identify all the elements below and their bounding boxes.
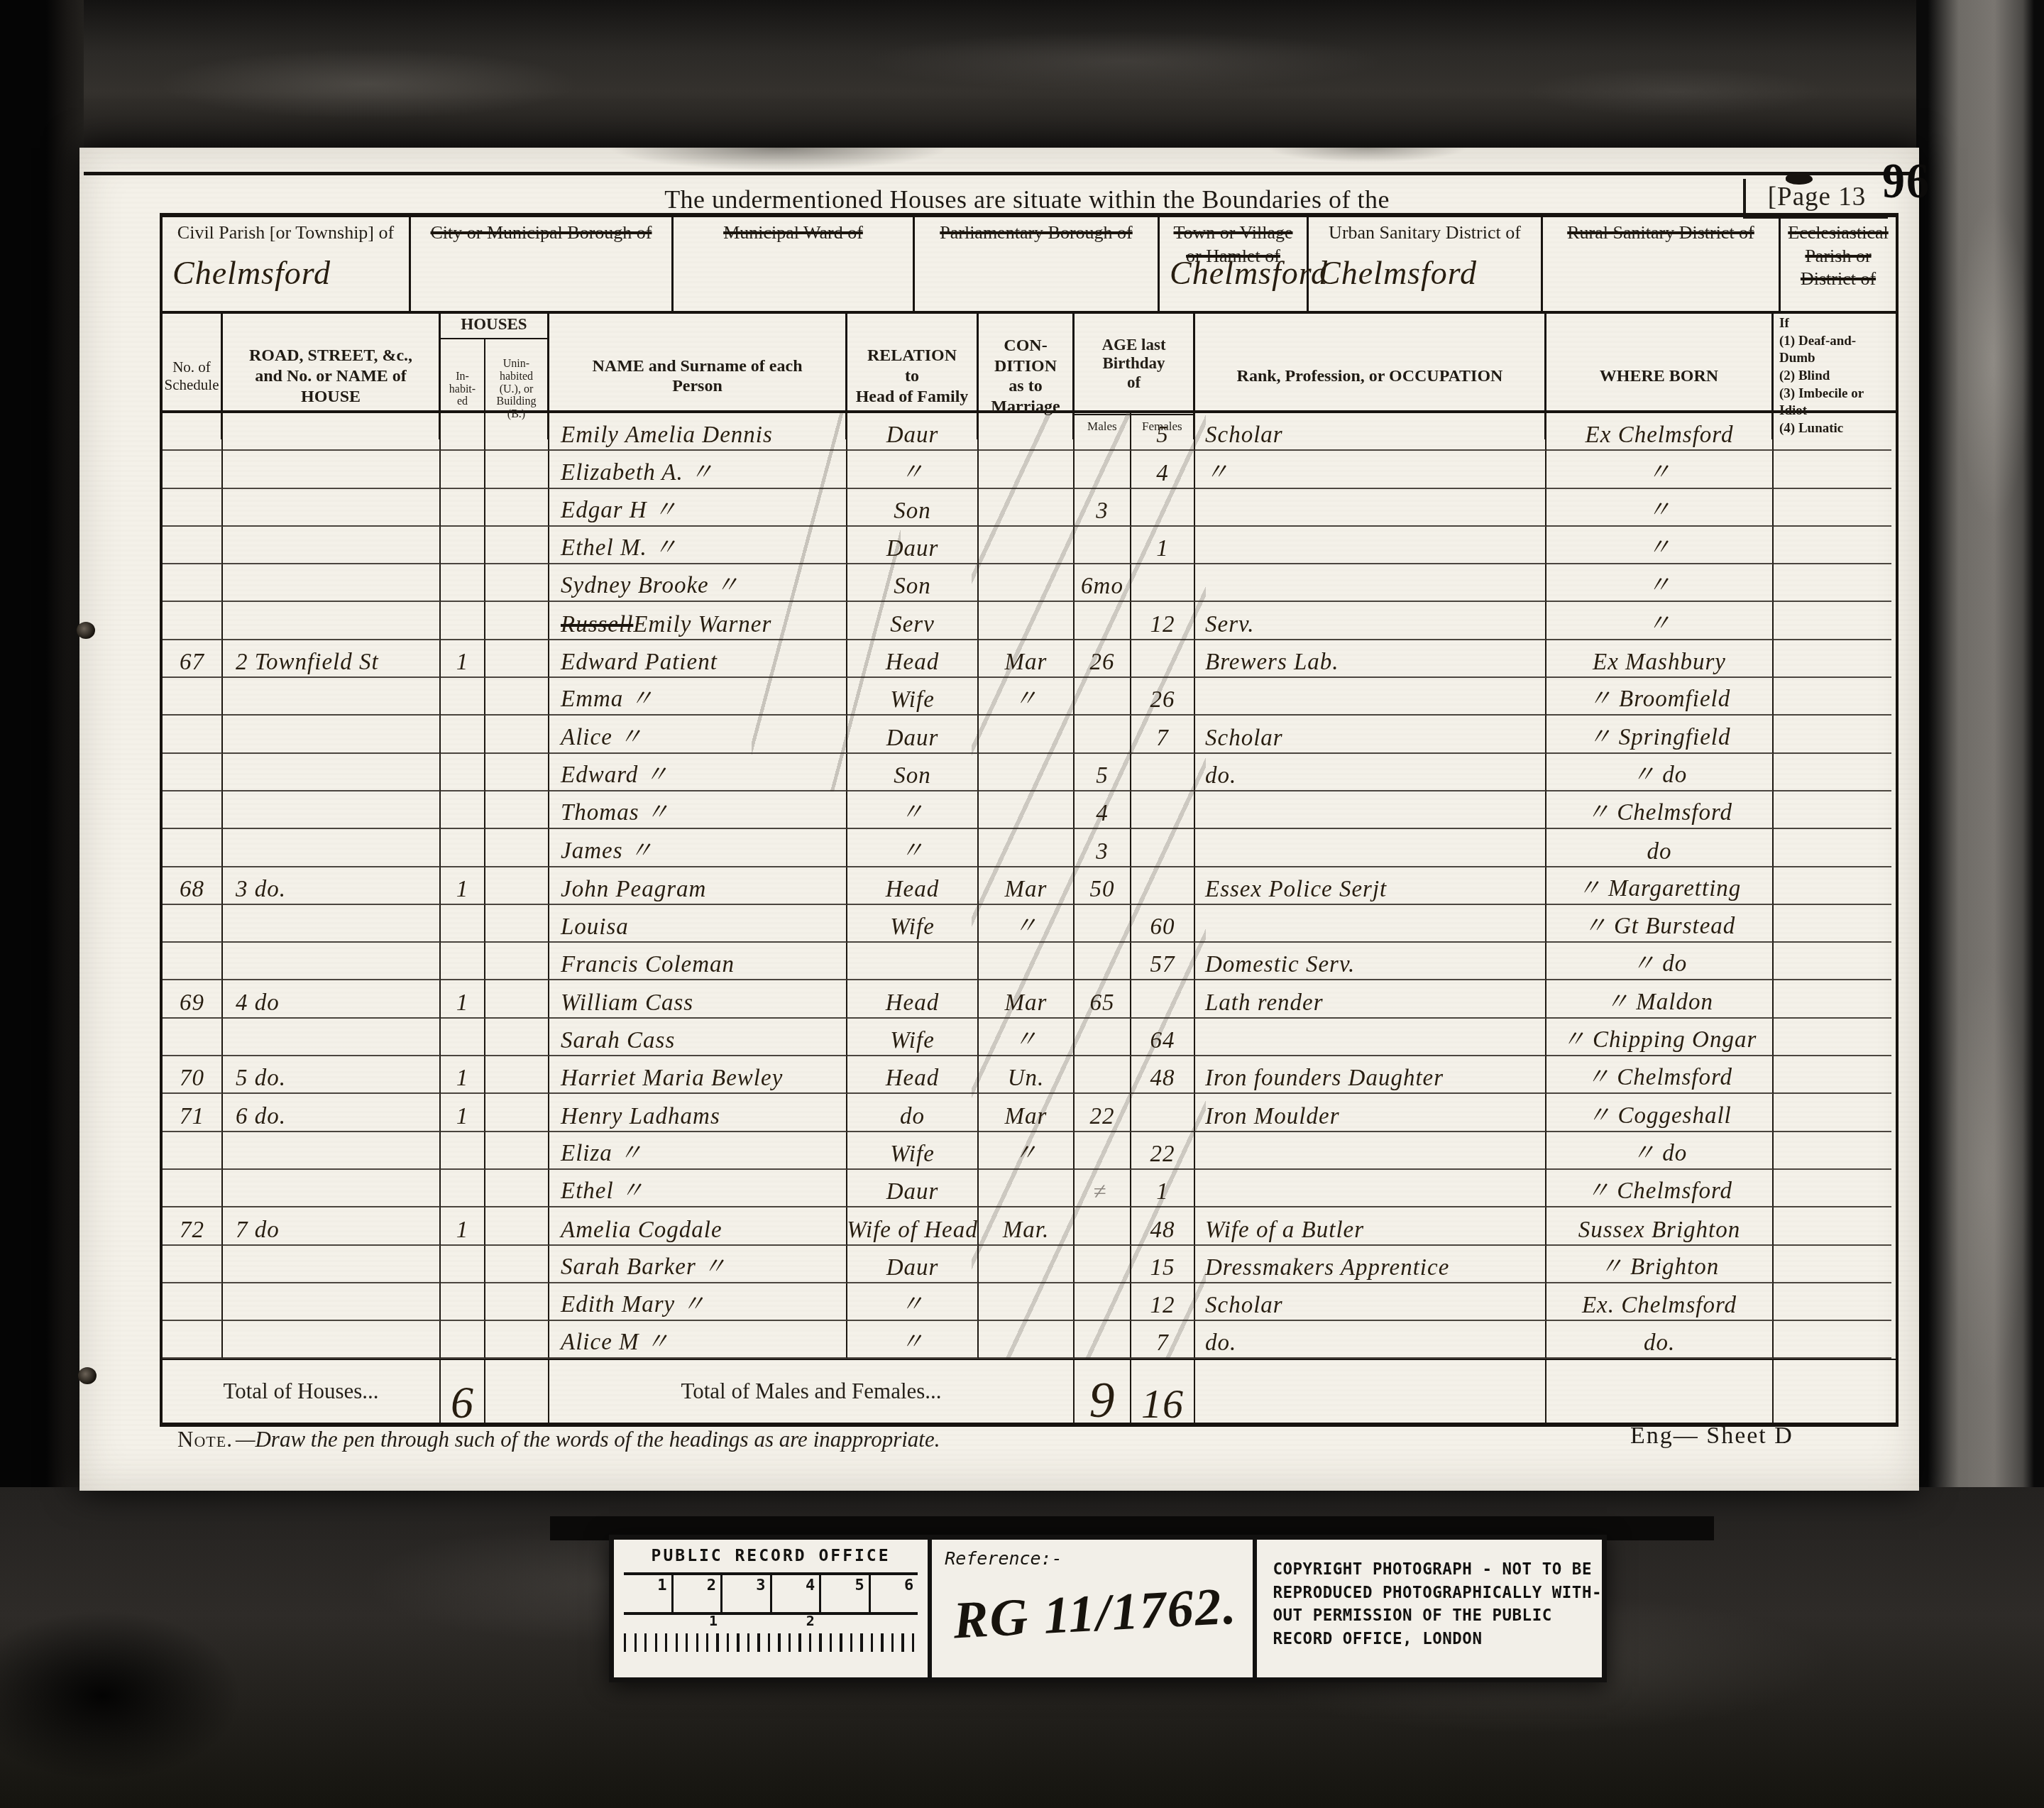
cell-inhabited: 1 xyxy=(441,867,485,905)
cell-where-born: 〃 xyxy=(1546,564,1774,602)
cell-condition xyxy=(979,413,1075,451)
cell-inhabited xyxy=(441,905,485,943)
table-row: Edgar H 〃Son3〃 xyxy=(163,489,1896,527)
cell-condition: Mar xyxy=(979,640,1075,678)
cell-age-female xyxy=(1131,754,1195,791)
cell-condition xyxy=(979,564,1075,602)
cell-age-female xyxy=(1131,980,1195,1018)
cell-uninhabited xyxy=(485,1019,549,1056)
cell-inhabited xyxy=(441,1321,485,1359)
cell-relation: 〃 xyxy=(847,451,979,488)
cell-occupation: Wife of a Butler xyxy=(1195,1207,1546,1245)
photo-dark-border-top xyxy=(0,0,2044,157)
cell-where-born: 〃 Broomfield xyxy=(1546,678,1774,716)
footnote: Note.—Draw the pen through such of the w… xyxy=(177,1427,940,1452)
cell-inhabited xyxy=(441,527,485,564)
cell-relation: Head xyxy=(847,867,979,905)
cell-inhabited: 1 xyxy=(441,1056,485,1094)
district-cell: Parliamentary Borough of xyxy=(915,217,1160,311)
cell-name: Russell Emily Warner xyxy=(549,602,847,640)
pro-office-label: PUBLIC RECORD OFFICE xyxy=(624,1547,918,1565)
cell-where-born: 〃 Chelmsford xyxy=(1546,1056,1774,1094)
cell-age-female: 1 xyxy=(1131,1170,1195,1207)
cell-inhabited: 1 xyxy=(441,980,485,1018)
cell-road xyxy=(223,489,441,527)
cell-condition xyxy=(979,943,1075,980)
cell-age-female xyxy=(1131,829,1195,867)
cell-condition: 〃 xyxy=(979,1132,1075,1170)
table-row: Eliza 〃Wife〃22〃 do xyxy=(163,1132,1896,1170)
cell-occupation: Scholar xyxy=(1195,1283,1546,1321)
cell-where-born: 〃 Maldon xyxy=(1546,980,1774,1018)
cell-occupation xyxy=(1195,489,1546,527)
cell-infirmities xyxy=(1774,1207,1891,1245)
cell-schedule xyxy=(163,602,223,640)
cell-infirmities xyxy=(1774,716,1891,753)
cell-road: 2 Townfield St xyxy=(223,640,441,678)
cell-infirmities xyxy=(1774,1321,1891,1359)
cell-name: Elizabeth A. 〃 xyxy=(549,451,847,488)
district-cell-label: Parliamentary Borough of xyxy=(921,221,1152,245)
cell-inhabited xyxy=(441,754,485,791)
cell-where-born: Sussex Brighton xyxy=(1546,1207,1774,1245)
cell-infirmities xyxy=(1774,980,1891,1018)
cell-name: Edward 〃 xyxy=(549,754,847,791)
ruler-inch-number: 4 xyxy=(772,1575,822,1612)
cell-relation xyxy=(847,943,979,980)
cell-uninhabited xyxy=(485,489,549,527)
cell-age-female xyxy=(1131,640,1195,678)
cell-relation: Head xyxy=(847,980,979,1018)
cell-infirmities xyxy=(1774,1170,1891,1207)
table-row: Francis Coleman57Domestic Serv.〃 do xyxy=(163,943,1896,980)
table-row: Edith Mary 〃〃12ScholarEx. Chelmsford xyxy=(163,1283,1896,1321)
cell-schedule: 70 xyxy=(163,1056,223,1094)
table-row: Sarah Barker 〃Daur15Dressmakers Apprenti… xyxy=(163,1246,1896,1283)
cell-relation: 〃 xyxy=(847,829,979,867)
cell-occupation: Domestic Serv. xyxy=(1195,943,1546,980)
table-row: 705 do.1Harriet Maria BewleyHeadUn.48Iro… xyxy=(163,1056,1896,1094)
cell-name: Alice M 〃 xyxy=(549,1321,847,1359)
cell-where-born: 〃 Chelmsford xyxy=(1546,1170,1774,1207)
district-cell-label: Rural Sanitary District of xyxy=(1549,221,1773,245)
cell-infirmities xyxy=(1774,1019,1891,1056)
cell-infirmities xyxy=(1774,943,1891,980)
cell-inhabited xyxy=(441,678,485,716)
cell-where-born: 〃 xyxy=(1546,602,1774,640)
cell-age-male: 50 xyxy=(1075,867,1131,905)
cell-uninhabited xyxy=(485,602,549,640)
cell-condition xyxy=(979,451,1075,488)
sheet-designation: Eng— Sheet D xyxy=(1630,1423,1793,1450)
cell-name: Sarah Cass xyxy=(549,1019,847,1056)
cell-name: William Cass xyxy=(549,980,847,1018)
cell-where-born: Ex. Chelmsford xyxy=(1546,1283,1774,1321)
totals-row: Total of Houses... 6 Total of Males and … xyxy=(163,1359,1896,1423)
cell-infirmities xyxy=(1774,791,1891,829)
cell-road xyxy=(223,905,441,943)
cell-uninhabited xyxy=(485,1132,549,1170)
cell-occupation: Dressmakers Apprentice xyxy=(1195,1246,1546,1283)
footnote-text: —Draw the pen through such of the words … xyxy=(236,1427,940,1452)
ruler-fine-scale: 1 2 xyxy=(624,1615,918,1652)
ruler-cm-number: 1 xyxy=(709,1612,718,1629)
cell-age-male: 5 xyxy=(1075,754,1131,791)
table-row: Edward 〃Son5do.〃 do xyxy=(163,754,1896,791)
cell-age-male: 3 xyxy=(1075,489,1131,527)
table-row: Ethel M. 〃Daur1〃 xyxy=(163,527,1896,564)
cell-relation: Daur xyxy=(847,413,979,451)
cell-where-born: 〃 xyxy=(1546,451,1774,488)
table-row: James 〃〃3do xyxy=(163,829,1896,867)
cell-road: 7 do xyxy=(223,1207,441,1245)
district-cell: Ecclesiastical Parish or District of xyxy=(1781,217,1896,311)
cell-uninhabited xyxy=(485,905,549,943)
cell-name: James 〃 xyxy=(549,829,847,867)
cell-uninhabited xyxy=(485,678,549,716)
cell-schedule xyxy=(163,1321,223,1359)
cell-schedule xyxy=(163,791,223,829)
total-females-value: 16 xyxy=(1131,1360,1195,1423)
cell-condition xyxy=(979,716,1075,753)
cell-inhabited xyxy=(441,791,485,829)
cell-relation: 〃 xyxy=(847,1283,979,1321)
cell-infirmities xyxy=(1774,905,1891,943)
cell-schedule xyxy=(163,754,223,791)
cell-infirmities xyxy=(1774,1094,1891,1132)
cell-road xyxy=(223,564,441,602)
cell-road xyxy=(223,716,441,753)
district-cell: Rural Sanitary District of xyxy=(1543,217,1781,311)
cell-road xyxy=(223,527,441,564)
cell-uninhabited xyxy=(485,829,549,867)
cell-relation: Wife xyxy=(847,1019,979,1056)
cell-age-female: 7 xyxy=(1131,1321,1195,1359)
totals-empty-cell xyxy=(1195,1360,1546,1423)
punch-hole xyxy=(78,1367,97,1384)
cell-relation: Son xyxy=(847,564,979,602)
cell-schedule xyxy=(163,564,223,602)
cell-name: John Peagram xyxy=(549,867,847,905)
cell-occupation xyxy=(1195,1132,1546,1170)
table-row: Russell Emily WarnerServ12Serv.〃 xyxy=(163,602,1896,640)
census-table: Civil Parish [or Township] ofChelmsfordC… xyxy=(160,213,1899,1427)
cell-occupation xyxy=(1195,678,1546,716)
cell-condition xyxy=(979,791,1075,829)
cell-age-male: 26 xyxy=(1075,640,1131,678)
cell-relation: Head xyxy=(847,1056,979,1094)
cell-infirmities xyxy=(1774,1283,1891,1321)
table-row: 672 Townfield St1Edward PatientHeadMar26… xyxy=(163,640,1896,678)
cell-age-male xyxy=(1075,1056,1131,1094)
cell-relation: 〃 xyxy=(847,791,979,829)
cell-where-born: Ex Chelmsford xyxy=(1546,413,1774,451)
cell-age-male: 22 xyxy=(1075,1094,1131,1132)
cell-occupation: Lath render xyxy=(1195,980,1546,1018)
district-cell-value: Chelmsford xyxy=(1319,254,1477,292)
cell-uninhabited xyxy=(485,640,549,678)
cell-age-female xyxy=(1131,489,1195,527)
cell-inhabited xyxy=(441,1170,485,1207)
table-row: Alice 〃Daur7Scholar〃 Springfield xyxy=(163,716,1896,753)
cell-relation: Wife xyxy=(847,905,979,943)
cell-schedule: 68 xyxy=(163,867,223,905)
cell-infirmities xyxy=(1774,451,1891,488)
cell-schedule xyxy=(163,1283,223,1321)
cell-relation: do xyxy=(847,1094,979,1132)
cell-name: Edith Mary 〃 xyxy=(549,1283,847,1321)
table-row: Thomas 〃〃4〃 Chelmsford xyxy=(163,791,1896,829)
cell-road xyxy=(223,451,441,488)
cell-schedule: 71 xyxy=(163,1094,223,1132)
cell-relation: Daur xyxy=(847,716,979,753)
cell-uninhabited xyxy=(485,1207,549,1245)
district-cell: Town or Village or Hamlet ofChelmsford xyxy=(1160,217,1309,311)
cell-road xyxy=(223,1019,441,1056)
cell-inhabited xyxy=(441,489,485,527)
cell-road: 4 do xyxy=(223,980,441,1018)
copyright-line: RECORD OFFICE, LONDON xyxy=(1273,1628,1602,1651)
cell-road xyxy=(223,829,441,867)
cell-age-male xyxy=(1075,1246,1131,1283)
cell-uninhabited xyxy=(485,980,549,1018)
district-cell-label: City or Municipal Borough of xyxy=(417,221,666,245)
cell-age-female: 15 xyxy=(1131,1246,1195,1283)
cell-age-female: 48 xyxy=(1131,1056,1195,1094)
cell-inhabited xyxy=(441,943,485,980)
cell-where-born: 〃 Springfield xyxy=(1546,716,1774,753)
cell-inhabited xyxy=(441,1132,485,1170)
cell-condition: Mar. xyxy=(979,1207,1075,1245)
cell-relation: Head xyxy=(847,640,979,678)
cell-age-male xyxy=(1075,413,1131,451)
cell-relation: Serv xyxy=(847,602,979,640)
district-cell-label: Ecclesiastical Parish or District of xyxy=(1786,221,1890,291)
cell-schedule xyxy=(163,1170,223,1207)
cell-infirmities xyxy=(1774,829,1891,867)
cell-age-male xyxy=(1075,1283,1131,1321)
cell-condition xyxy=(979,1170,1075,1207)
cell-road xyxy=(223,754,441,791)
table-row: Ethel 〃Daur≠1〃 Chelmsford xyxy=(163,1170,1896,1207)
cell-infirmities xyxy=(1774,602,1891,640)
cell-road xyxy=(223,943,441,980)
cell-occupation xyxy=(1195,829,1546,867)
reference-label: Reference:- xyxy=(932,1540,1253,1569)
district-cell-label: Municipal Ward of xyxy=(679,221,907,245)
cell-relation: Wife xyxy=(847,678,979,716)
cell-schedule: 69 xyxy=(163,980,223,1018)
census-rows: Emily Amelia DennisDaur5ScholarEx Chelms… xyxy=(163,413,1896,1359)
cell-road xyxy=(223,1321,441,1359)
cell-name: Emma 〃 xyxy=(549,678,847,716)
cell-infirmities xyxy=(1774,640,1891,678)
cell-age-male xyxy=(1075,1321,1131,1359)
district-header: Civil Parish [or Township] ofChelmsfordC… xyxy=(163,217,1896,314)
cell-schedule xyxy=(163,413,223,451)
cell-age-male: 4 xyxy=(1075,791,1131,829)
cell-age-male xyxy=(1075,905,1131,943)
cell-condition: 〃 xyxy=(979,905,1075,943)
cell-relation: Wife xyxy=(847,1132,979,1170)
table-row: Emily Amelia DennisDaur5ScholarEx Chelms… xyxy=(163,413,1896,451)
table-row: Alice M 〃〃7do.do. xyxy=(163,1321,1896,1359)
cell-age-male xyxy=(1075,943,1131,980)
cell-uninhabited xyxy=(485,1094,549,1132)
cell-condition xyxy=(979,1321,1075,1359)
cell-infirmities xyxy=(1774,1056,1891,1094)
cell-age-male xyxy=(1075,678,1131,716)
ruler-cm-number: 2 xyxy=(806,1612,815,1629)
district-cell: Urban Sanitary District ofChelmsford xyxy=(1309,217,1543,311)
cell-infirmities xyxy=(1774,1246,1891,1283)
cell-road: 3 do. xyxy=(223,867,441,905)
cell-uninhabited xyxy=(485,564,549,602)
district-cell-label: Urban Sanitary District of xyxy=(1314,221,1535,245)
cell-condition: Mar xyxy=(979,980,1075,1018)
cell-occupation xyxy=(1195,527,1546,564)
cell-inhabited xyxy=(441,1019,485,1056)
folio-number-stamp: 96 xyxy=(1882,153,1930,209)
cell-schedule xyxy=(163,678,223,716)
cell-inhabited xyxy=(441,829,485,867)
cell-relation: Daur xyxy=(847,1170,979,1207)
cell-infirmities xyxy=(1774,754,1891,791)
cell-relation: Son xyxy=(847,754,979,791)
cell-occupation: Serv. xyxy=(1195,602,1546,640)
table-row: 683 do.1John PeagramHeadMar50Essex Polic… xyxy=(163,867,1896,905)
cell-schedule xyxy=(163,1246,223,1283)
cell-name: Ethel 〃 xyxy=(549,1170,847,1207)
district-cell: Civil Parish [or Township] ofChelmsford xyxy=(163,217,411,311)
totals-empty-cell xyxy=(485,1360,549,1423)
cell-condition xyxy=(979,527,1075,564)
cell-age-male: 3 xyxy=(1075,829,1131,867)
copyright-line: REPRODUCED PHOTOGRAPHICALLY WITH- xyxy=(1273,1582,1602,1605)
cell-uninhabited xyxy=(485,754,549,791)
cell-occupation: Essex Police Serjt xyxy=(1195,867,1546,905)
cell-condition xyxy=(979,754,1075,791)
cell-condition xyxy=(979,602,1075,640)
cell-infirmities xyxy=(1774,564,1891,602)
cell-where-born: Ex Mashbury xyxy=(1546,640,1774,678)
cell-uninhabited xyxy=(485,867,549,905)
cell-name: Francis Coleman xyxy=(549,943,847,980)
cell-road: 5 do. xyxy=(223,1056,441,1094)
cell-uninhabited xyxy=(485,413,549,451)
cell-age-male xyxy=(1075,1019,1131,1056)
cell-age-male xyxy=(1075,451,1131,488)
cell-condition: Mar xyxy=(979,1094,1075,1132)
cell-name: Edward Patient xyxy=(549,640,847,678)
cell-road: 6 do. xyxy=(223,1094,441,1132)
cell-schedule xyxy=(163,943,223,980)
cell-infirmities xyxy=(1774,678,1891,716)
cell-age-female: 12 xyxy=(1131,602,1195,640)
cell-name: Thomas 〃 xyxy=(549,791,847,829)
total-houses-label: Total of Houses... xyxy=(163,1360,441,1423)
cell-road xyxy=(223,1246,441,1283)
cell-age-male: ≠ xyxy=(1075,1170,1131,1207)
cell-age-female: 57 xyxy=(1131,943,1195,980)
cell-age-female: 64 xyxy=(1131,1019,1195,1056)
ruler-inch-scale: 123456 xyxy=(624,1572,918,1615)
cell-condition: Un. xyxy=(979,1056,1075,1094)
cell-schedule xyxy=(163,489,223,527)
reference-box: Reference:- RG 11/1762. xyxy=(932,1540,1257,1677)
cell-age-female: 26 xyxy=(1131,678,1195,716)
cell-condition: 〃 xyxy=(979,1019,1075,1056)
cell-schedule xyxy=(163,905,223,943)
cell-age-female: 7 xyxy=(1131,716,1195,753)
cell-where-born: 〃 do xyxy=(1546,754,1774,791)
column-header-age-title: AGE last Birthday of xyxy=(1075,314,1193,415)
cell-schedule xyxy=(163,716,223,753)
cell-schedule xyxy=(163,829,223,867)
cell-uninhabited xyxy=(485,527,549,564)
cell-condition xyxy=(979,1283,1075,1321)
punch-hole xyxy=(77,622,95,639)
cell-age-female xyxy=(1131,791,1195,829)
ruler-inch-number: 3 xyxy=(722,1575,772,1612)
cell-age-male: 6mo xyxy=(1075,564,1131,602)
cell-road xyxy=(223,678,441,716)
cell-uninhabited xyxy=(485,943,549,980)
cell-name: Eliza 〃 xyxy=(549,1132,847,1170)
cell-uninhabited xyxy=(485,1246,549,1283)
cell-schedule: 67 xyxy=(163,640,223,678)
cell-relation: Daur xyxy=(847,527,979,564)
cell-where-born: do. xyxy=(1546,1321,1774,1359)
cell-relation: Son xyxy=(847,489,979,527)
cell-occupation: do. xyxy=(1195,754,1546,791)
cell-occupation: Scholar xyxy=(1195,413,1546,451)
cell-uninhabited xyxy=(485,1170,549,1207)
cell-where-born: 〃 Margaretting xyxy=(1546,867,1774,905)
total-males-value: 9 xyxy=(1075,1360,1131,1423)
cell-name: Amelia Cogdale xyxy=(549,1207,847,1245)
cell-where-born: do xyxy=(1546,829,1774,867)
district-cell-label: Civil Parish [or Township] of xyxy=(168,221,403,245)
cell-relation: Daur xyxy=(847,1246,979,1283)
cell-inhabited xyxy=(441,564,485,602)
cell-infirmities xyxy=(1774,867,1891,905)
cell-inhabited xyxy=(441,1246,485,1283)
cell-name: Alice 〃 xyxy=(549,716,847,753)
table-row: Sydney Brooke 〃Son6mo〃 xyxy=(163,564,1896,602)
copyright-line: OUT PERMISSION OF THE PUBLIC xyxy=(1273,1604,1602,1628)
district-cell: Municipal Ward of xyxy=(674,217,915,311)
cell-age-female: 1 xyxy=(1131,527,1195,564)
cell-occupation: Iron founders Daughter xyxy=(1195,1056,1546,1094)
cell-inhabited xyxy=(441,413,485,451)
district-cell-value: Chelmsford xyxy=(1170,254,1328,292)
table-row: 716 do.1Henry LadhamsdoMar22Iron Moulder… xyxy=(163,1094,1896,1132)
ruler-inch-number: 6 xyxy=(871,1575,918,1612)
cell-name: Louisa xyxy=(549,905,847,943)
table-row: 727 do1Amelia CogdaleWife of HeadMar.48W… xyxy=(163,1207,1896,1245)
cell-infirmities xyxy=(1774,489,1891,527)
cell-occupation xyxy=(1195,791,1546,829)
cell-age-male: 65 xyxy=(1075,980,1131,1018)
footnote-prefix: Note. xyxy=(177,1427,233,1452)
cell-age-male xyxy=(1075,602,1131,640)
table-row: Elizabeth A. 〃〃4〃〃 xyxy=(163,451,1896,488)
cell-age-female xyxy=(1131,564,1195,602)
total-males-females-label: Total of Males and Females... xyxy=(549,1360,1075,1423)
copyright-text: COPYRIGHT PHOTOGRAPH - NOT TO BEREPRODUC… xyxy=(1257,1540,1602,1677)
census-sheet: [Page 13 The undermentioned Houses are s… xyxy=(79,148,1919,1491)
